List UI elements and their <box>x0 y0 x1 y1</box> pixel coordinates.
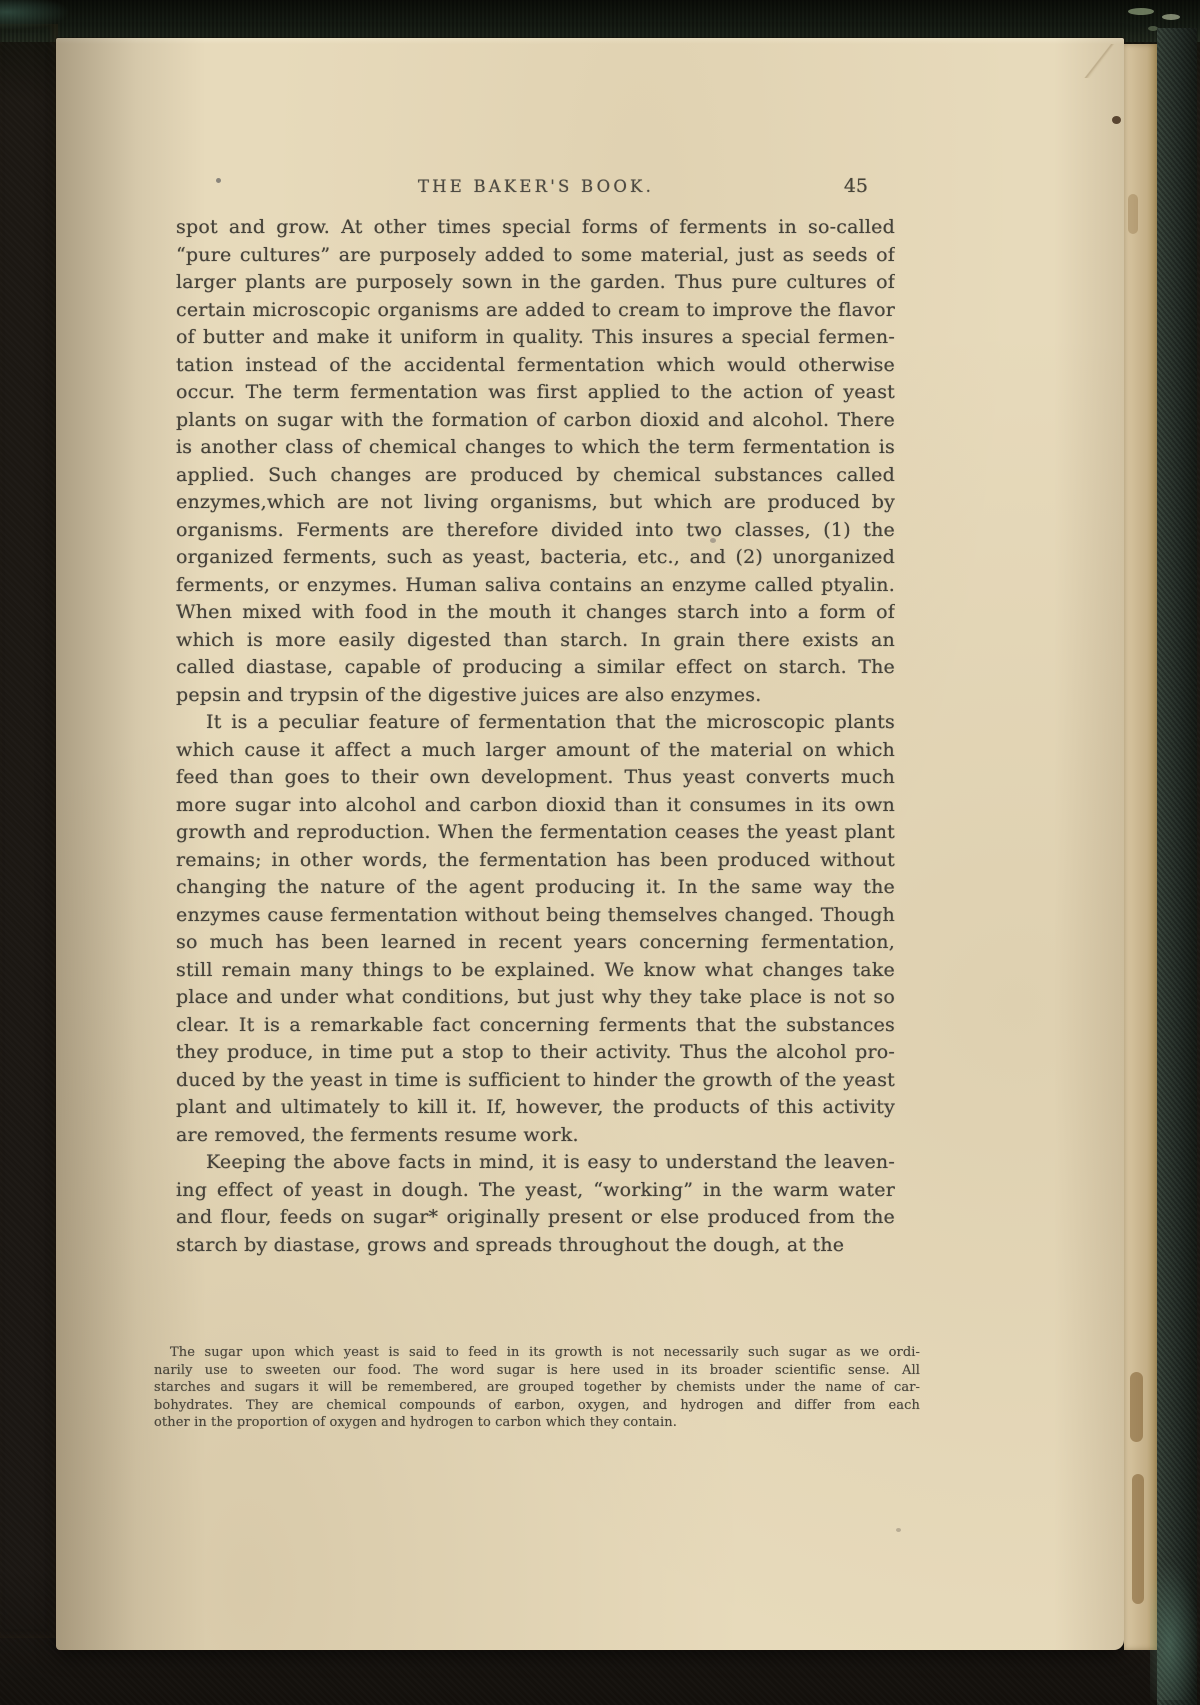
footnote-line: narily use to sweeten our food. The word… <box>154 1362 920 1380</box>
book-cover-right-edge <box>1157 28 1197 1705</box>
edge-stain <box>1132 1474 1144 1604</box>
footnote-line: starches and sugars it will be remembere… <box>154 1379 920 1397</box>
text-line: Keeping the above facts in mind, it is e… <box>176 1149 895 1177</box>
footnote: The sugar upon which yeast is said to fe… <box>154 1344 920 1432</box>
text-line: so much has been learned in recent years… <box>176 929 895 957</box>
text-line: plant and ultimately to kill it. If, how… <box>176 1094 895 1122</box>
text-line: feed than goes to their own development.… <box>176 764 895 792</box>
edge-stain <box>1128 194 1138 234</box>
text-line: tation instead of the accidental ferment… <box>176 352 895 380</box>
text-line: remains; in other words, the fermentatio… <box>176 847 895 875</box>
paragraph: It is a peculiar feature of fermentation… <box>176 709 895 1149</box>
text-line: growth and reproduction. When the fermen… <box>176 819 895 847</box>
footnote-line: bohydrates. They are chemical compounds … <box>154 1397 920 1415</box>
text-line: organisms. Ferments are therefore divide… <box>176 517 895 545</box>
text-line: called diastase, capable of producing a … <box>176 654 895 682</box>
text-line: spot and grow. At other times special fo… <box>176 214 895 242</box>
text-line: occur. The term fermentation was first a… <box>176 379 895 407</box>
text-line: changing the nature of the agent produci… <box>176 874 895 902</box>
frayed-cloth-fleck <box>1162 14 1180 20</box>
text-line: clear. It is a remarkable fact concernin… <box>176 1012 895 1040</box>
text-line: are removed, the ferments resume work. <box>176 1122 895 1150</box>
dog-ear-fold <box>1078 44 1122 78</box>
book-page: THE BAKER'S BOOK. 45 spot and grow. At o… <box>56 38 1124 1650</box>
paragraph: Keeping the above facts in mind, it is e… <box>176 1149 895 1259</box>
page-number: 45 <box>844 175 868 197</box>
text-line: organized ferments, such as yeast, bacte… <box>176 544 895 572</box>
text-line: and flour, feeds on sugar* originally pr… <box>176 1204 895 1232</box>
text-line: which is more easily digested than starc… <box>176 627 895 655</box>
page-header: THE BAKER'S BOOK. 45 <box>176 177 896 203</box>
previous-page-curl <box>0 24 58 1638</box>
text-line: starch by diastase, grows and spreads th… <box>176 1232 895 1260</box>
cloth-teal-highlight <box>1150 1560 1200 1700</box>
book-photo: THE BAKER'S BOOK. 45 spot and grow. At o… <box>0 0 1200 1705</box>
text-line: plants on sugar with the formation of ca… <box>176 407 895 435</box>
footnote-line: other in the proportion of oxygen and hy… <box>154 1414 920 1432</box>
paper-speck <box>896 1528 901 1532</box>
paragraph: spot and grow. At other times special fo… <box>176 214 895 709</box>
frayed-cloth-fleck <box>1128 8 1154 15</box>
text-line: applied. Such changes are produced by ch… <box>176 462 895 490</box>
text-line: more sugar into alcohol and carbon dioxi… <box>176 792 895 820</box>
footnote-line: The sugar upon which yeast is said to fe… <box>154 1344 920 1362</box>
text-line: enzymes,which are not living organisms, … <box>176 489 895 517</box>
text-line: ing effect of yeast in dough. The yeast,… <box>176 1177 895 1205</box>
text-line: place and under what conditions, but jus… <box>176 984 895 1012</box>
body-text: spot and grow. At other times special fo… <box>176 214 895 1259</box>
text-line: “pure cultures” are purposely added to s… <box>176 242 895 270</box>
book-cover-top-edge <box>0 0 1200 42</box>
text-line: of butter and make it uniform in quality… <box>176 324 895 352</box>
text-line: duced by the yeast in time is sufficient… <box>176 1067 895 1095</box>
text-line: When mixed with food in the mouth it cha… <box>176 599 895 627</box>
running-title: THE BAKER'S BOOK. <box>176 177 896 196</box>
text-line: still remain many things to be explained… <box>176 957 895 985</box>
text-line: larger plants are purposely sown in the … <box>176 269 895 297</box>
text-line: pepsin and trypsin of the digestive juic… <box>176 682 895 710</box>
edge-stain <box>1130 1372 1143 1442</box>
page-edges-right <box>1124 44 1157 1650</box>
text-line: is another class of chemical changes to … <box>176 434 895 462</box>
paper-speck <box>1112 116 1121 124</box>
text-line: ferments, or enzymes. Human saliva conta… <box>176 572 895 600</box>
text-line: certain microscopic organisms are added … <box>176 297 895 325</box>
text-line: It is a peculiar feature of fermentation… <box>176 709 895 737</box>
text-line: which cause it affect a much larger amou… <box>176 737 895 765</box>
text-line: enzymes cause fermentation without being… <box>176 902 895 930</box>
text-line: they produce, in time put a stop to thei… <box>176 1039 895 1067</box>
